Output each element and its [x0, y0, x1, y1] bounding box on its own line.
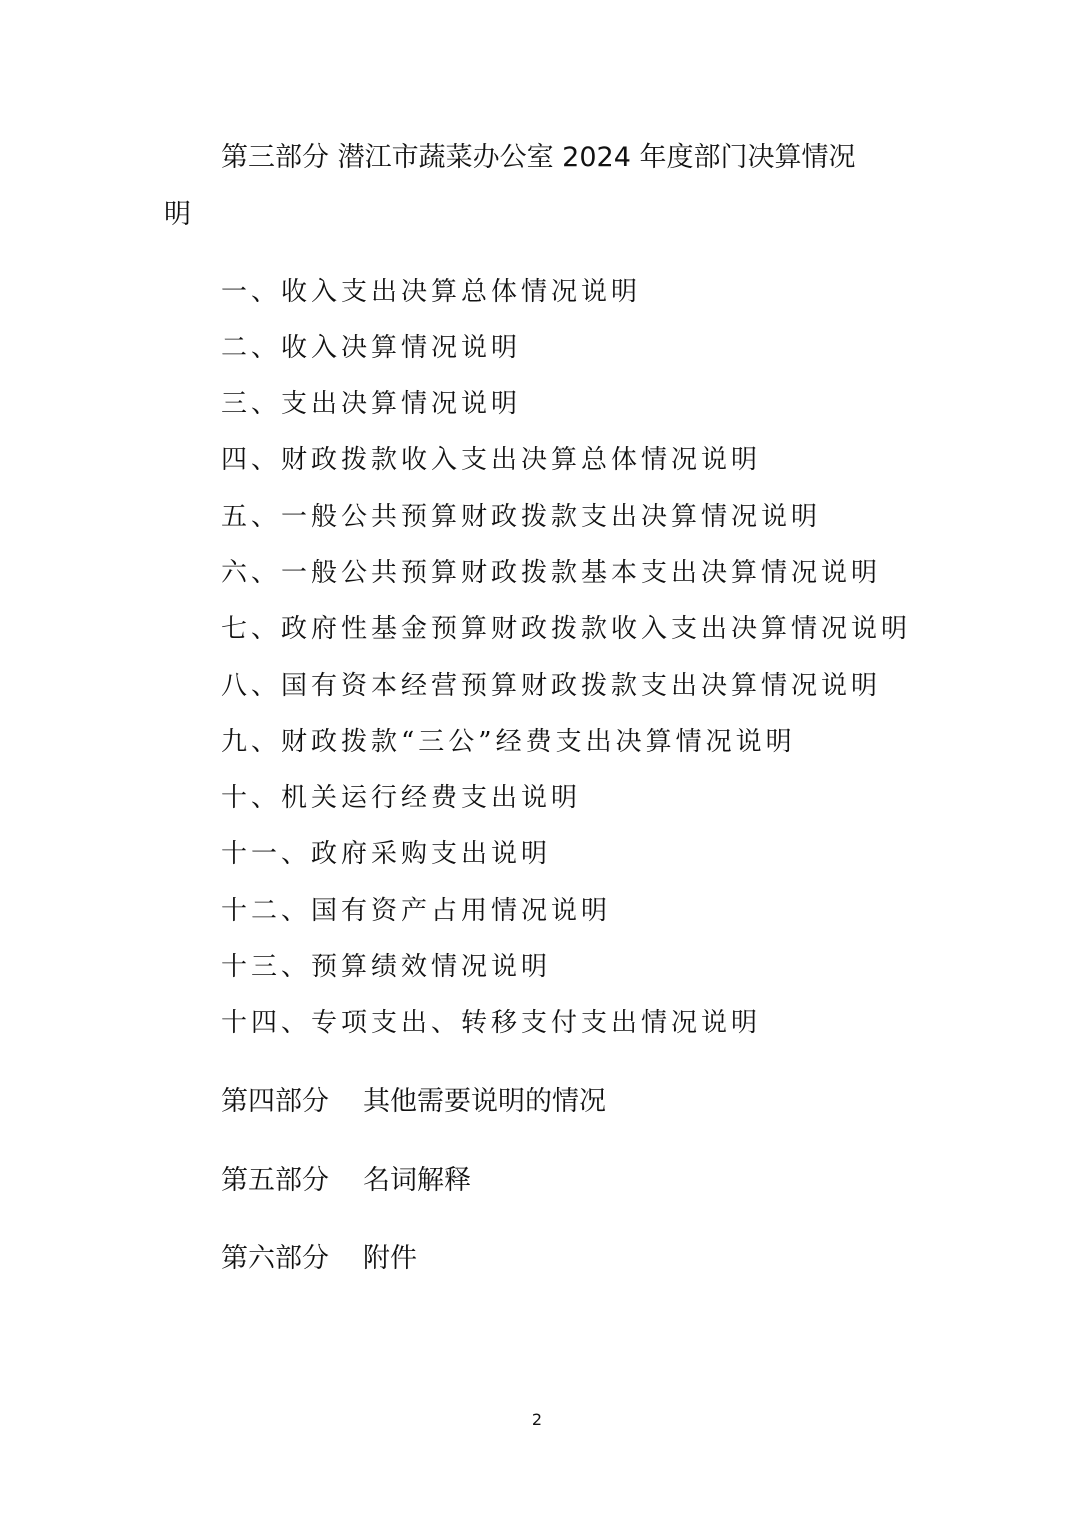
part-title: 其他需要说明的情况 [363, 1086, 606, 1117]
part-six-heading: 第六部分附件 [221, 1245, 417, 1272]
part-label: 第四部分 [221, 1086, 329, 1117]
part-four-heading: 第四部分其他需要说明的情况 [221, 1088, 606, 1115]
toc-item: 十一、政府采购支出说明 [221, 841, 551, 867]
toc-item: 七、政府性基金预算财政拨款收入支出决算情况说明 [221, 616, 911, 642]
section-title-line1: 第三部分 潜江市蔬菜办公室 2024 年度部门决算情况 [221, 144, 855, 171]
toc-item: 二、收入决算情况说明 [221, 335, 521, 361]
toc-item: 十三、预算绩效情况说明 [221, 954, 551, 980]
toc-item: 十四、专项支出、转移支付支出情况说明 [221, 1010, 761, 1036]
section-title-line2: 明 [164, 201, 191, 228]
part-label: 第五部分 [221, 1165, 329, 1196]
toc-item: 五、一般公共预算财政拨款支出决算情况说明 [221, 504, 821, 530]
toc-item: 一、收入支出决算总体情况说明 [221, 279, 641, 305]
toc-item: 四、财政拨款收入支出决算总体情况说明 [221, 447, 761, 473]
page-number: 2 [0, 1412, 1074, 1428]
toc-item: 十、机关运行经费支出说明 [221, 785, 581, 811]
part-five-heading: 第五部分名词解释 [221, 1167, 471, 1194]
part-title: 附件 [363, 1243, 417, 1274]
part-label: 第六部分 [221, 1243, 329, 1274]
toc-item: 六、一般公共预算财政拨款基本支出决算情况说明 [221, 560, 881, 586]
toc-item: 三、支出决算情况说明 [221, 391, 521, 417]
toc-item: 十二、国有资产占用情况说明 [221, 898, 611, 924]
toc-item: 九、财政拨款“三公”经费支出决算情况说明 [221, 729, 796, 755]
part-title: 名词解释 [363, 1165, 471, 1196]
toc-item: 八、国有资本经营预算财政拨款支出决算情况说明 [221, 673, 881, 699]
